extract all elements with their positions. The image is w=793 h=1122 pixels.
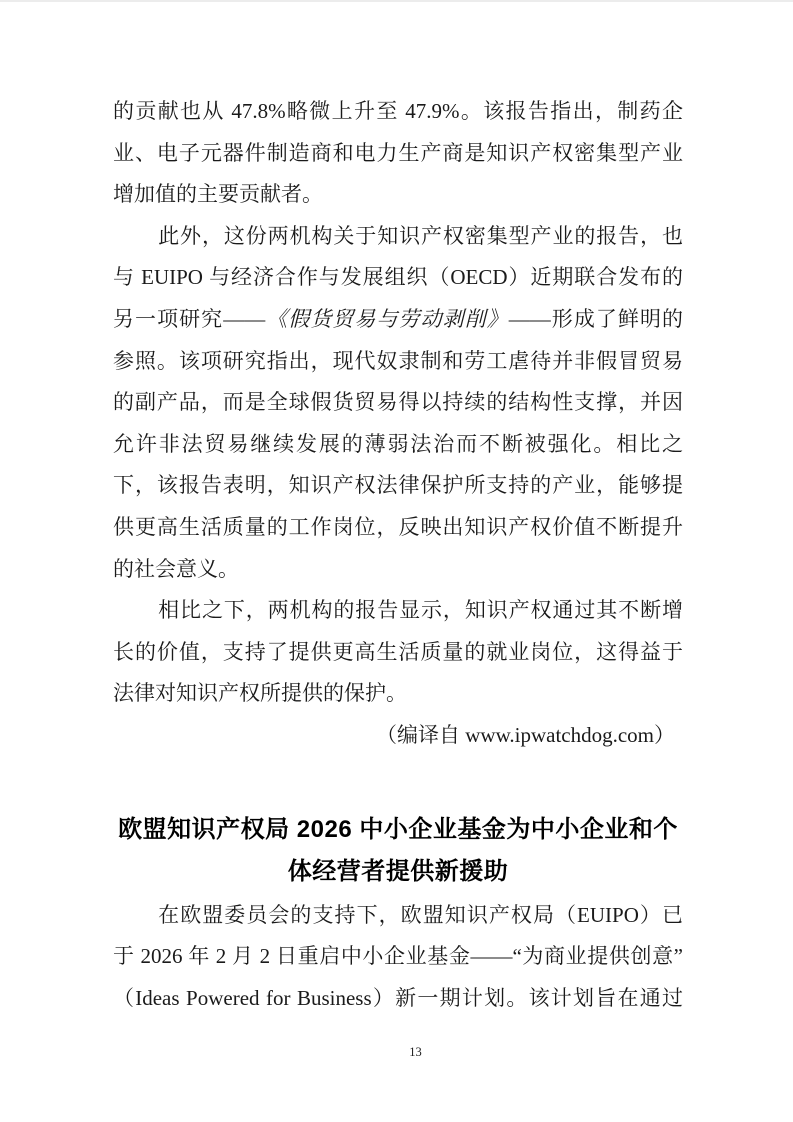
text-segment: 长的价值，支持了提供更高生活质量的就业岗位，这得益于 [113, 640, 683, 664]
text-line: 于 2026 年 2 月 2 日重启中小企业基金——“为商业提供创意” [113, 936, 683, 978]
text-line: 增加值的主要贡献者。 [113, 174, 683, 216]
text-line: 长的价值，支持了提供更高生活质量的就业岗位，这得益于 [113, 632, 683, 674]
page-number: 13 [38, 1045, 793, 1060]
paragraph: 在欧盟委员会的支持下，欧盟知识产权局（EUIPO）已于 2026 年 2 月 2… [113, 895, 683, 1020]
text-line: 供更高生活质量的工作岗位，反映出知识产权价值不断提升 [113, 507, 683, 549]
text-line: 法律对知识产权所提供的保护。 [113, 673, 683, 715]
document-page: 的贡献也从 47.8%略微上升至 47.9%。该报告指出，制药企业、电子元器件制… [0, 0, 793, 1122]
text-segment: 此外，这份两机构关于知识产权密集型产业的报告，也 [158, 224, 683, 248]
text-segment: 在欧盟委员会的支持下，欧盟知识产权局（EUIPO）已 [158, 903, 683, 927]
text-segment: 另一项研究—— [113, 307, 265, 331]
text-line: 的社会意义。 [113, 549, 683, 591]
book-title-text: 《假货贸易与劳动剥削》 [265, 307, 509, 331]
text-segment: 的社会意义。 [113, 557, 239, 581]
text-line: 与 EUIPO 与经济合作与发展组织（OECD）近期联合发布的 [113, 257, 683, 299]
text-segment: 下，该报告表明，知识产权法律保护所支持的产业，能够提 [113, 473, 683, 497]
text-line: 允许非法贸易继续发展的薄弱法治而不断被强化。相比之 [113, 424, 683, 466]
text-line: （Ideas Powered for Business）新一期计划。该计划旨在通… [113, 978, 683, 1020]
text-segment: 的贡献也从 47.8%略微上升至 47.9%。该报告指出，制药企 [113, 99, 683, 123]
text-segment: 相比之下，两机构的报告显示，知识产权通过其不断增 [158, 598, 683, 622]
article2-title-line-1: 欧盟知识产权局 2026 中小企业基金为中小企业和个 [113, 809, 683, 851]
paragraph: 的贡献也从 47.8%略微上升至 47.9%。该报告指出，制药企业、电子元器件制… [113, 91, 683, 216]
text-segment: 参照。该项研究指出，现代奴隶制和劳工虐待并非假冒贸易 [113, 349, 683, 373]
text-line: 相比之下，两机构的报告显示，知识产权通过其不断增 [113, 590, 683, 632]
article2-body: 在欧盟委员会的支持下，欧盟知识产权局（EUIPO）已于 2026 年 2 月 2… [113, 895, 683, 1020]
text-segment: 的副产品，而是全球假货贸易得以持续的结构性支撑，并因 [113, 390, 683, 414]
text-line: 下，该报告表明，知识产权法律保护所支持的产业，能够提 [113, 465, 683, 507]
text-line: 此外，这份两机构关于知识产权密集型产业的报告，也 [113, 216, 683, 258]
text-segment: 与 EUIPO 与经济合作与发展组织（OECD）近期联合发布的 [113, 265, 683, 289]
text-segment: 允许非法贸易继续发展的薄弱法治而不断被强化。相比之 [113, 432, 683, 456]
paragraph: 此外，这份两机构关于知识产权密集型产业的报告，也与 EUIPO 与经济合作与发展… [113, 216, 683, 590]
text-segment: 法律对知识产权所提供的保护。 [113, 681, 407, 705]
text-line: 在欧盟委员会的支持下，欧盟知识产权局（EUIPO）已 [113, 895, 683, 937]
text-segment: 业、电子元器件制造商和电力生产商是知识产权密集型产业 [113, 141, 683, 165]
text-segment: 供更高生活质量的工作岗位，反映出知识产权价值不断提升 [113, 515, 683, 539]
article2-title-line-2: 体经营者提供新援助 [113, 851, 683, 893]
text-line: 业、电子元器件制造商和电力生产商是知识产权密集型产业 [113, 133, 683, 175]
article1-body: 的贡献也从 47.8%略微上升至 47.9%。该报告指出，制药企业、电子元器件制… [113, 91, 683, 715]
text-line: 的副产品，而是全球假货贸易得以持续的结构性支撑，并因 [113, 382, 683, 424]
text-line: 另一项研究——《假货贸易与劳动剥削》——形成了鲜明的 [113, 299, 683, 341]
text-segment: ——形成了鲜明的 [509, 307, 683, 331]
text-segment: 于 2026 年 2 月 2 日重启中小企业基金——“为商业提供创意” [113, 944, 683, 968]
attribution-line: （编译自 www.ipwatchdog.com） [113, 715, 683, 757]
text-line: 的贡献也从 47.8%略微上升至 47.9%。该报告指出，制药企 [113, 91, 683, 133]
paragraph: 相比之下，两机构的报告显示，知识产权通过其不断增长的价值，支持了提供更高生活质量… [113, 590, 683, 715]
text-line: 参照。该项研究指出，现代奴隶制和劳工虐待并非假冒贸易 [113, 341, 683, 383]
text-segment: （Ideas Powered for Business）新一期计划。该计划旨在通… [113, 986, 683, 1010]
article2-title: 欧盟知识产权局 2026 中小企业基金为中小企业和个 体经营者提供新援助 [113, 809, 683, 893]
text-segment: 增加值的主要贡献者。 [113, 182, 323, 206]
page-top-edge [0, 0, 793, 2]
